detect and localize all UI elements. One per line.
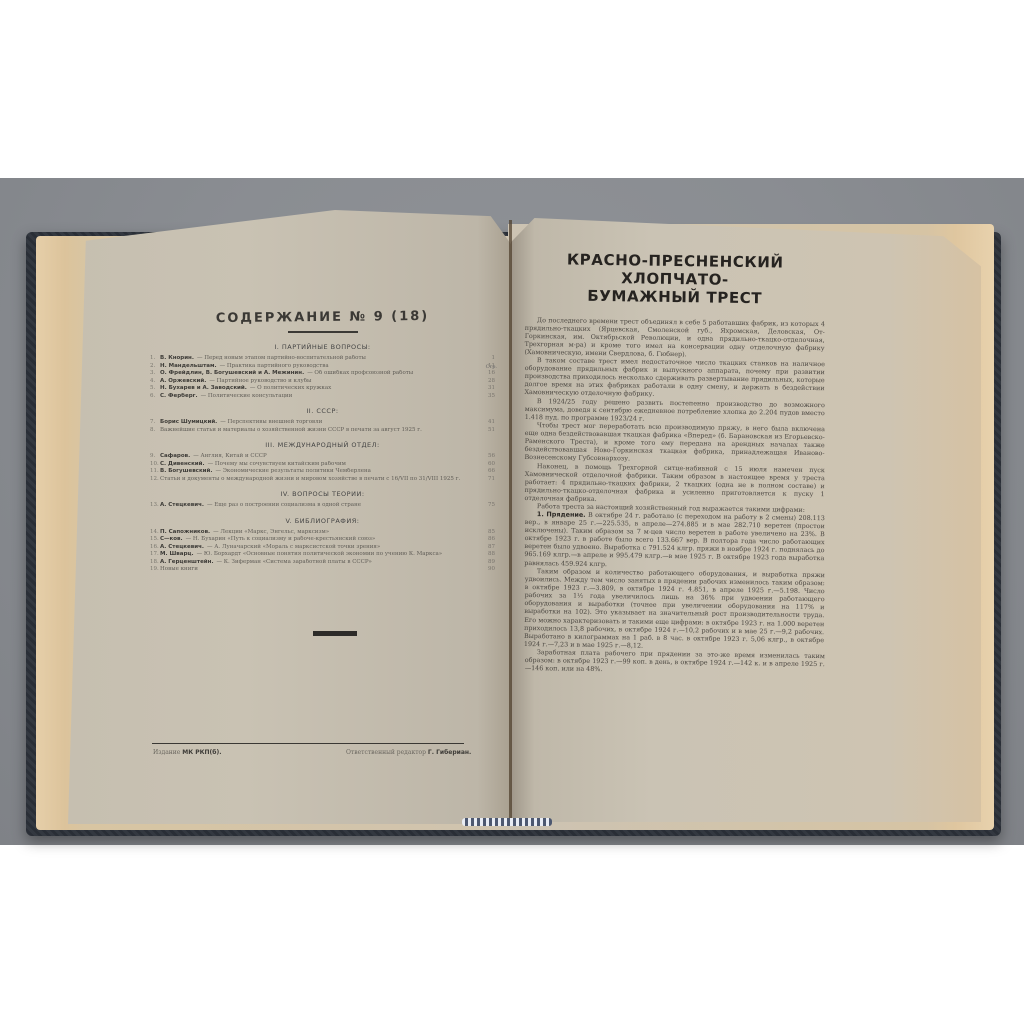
book-headband (462, 818, 552, 826)
toc-entry-author: Сафаров. (160, 453, 190, 459)
article-paragraph: До последнего времени трест объединял в … (524, 316, 825, 361)
toc-entry-number: 11. (150, 468, 160, 476)
toc-entry-page: 16 (477, 370, 495, 378)
toc-entry-text: Н. Бухарев и А. Заводский.— О политическ… (160, 385, 477, 393)
toc-entry-page: 89 (477, 559, 495, 567)
toc-entry-number: 12. (150, 476, 160, 484)
toc-entry: 19.Новые книги90 (150, 566, 495, 574)
toc-entry-text: А. Оржевский.— Партийное руководство и к… (160, 378, 477, 386)
article-paragraph: Таким образом и количество работающего о… (524, 567, 825, 652)
toc-entry: 5.Н. Бухарев и А. Заводский.— О политиче… (150, 385, 495, 393)
toc-entry-text: В. Богушевский.— Экономические результат… (160, 468, 477, 476)
toc-entry-number: 7. (150, 419, 160, 427)
toc-entry-page: 35 (477, 393, 495, 401)
toc-entry-author: А. Оржевский. (160, 378, 206, 384)
toc-entry: 16.А. Стецкевич.— А. Луначарский «Мораль… (150, 544, 495, 552)
toc-entry: 7.Борис Шумицкий.— Перспективы внешней т… (150, 419, 495, 427)
toc-entry-number: 5. (150, 385, 160, 393)
toc-entry-number: 4. (150, 378, 160, 386)
toc-entry-page: 75 (477, 502, 495, 510)
toc-entry-author: С—ков. (160, 536, 183, 542)
toc-entry: 2.Н. Мандельштам.— Практика партийного р… (150, 363, 495, 371)
toc-entry-number: 15. (150, 536, 160, 544)
toc-entry: 15.С—ков.— Н. Бухарин «Путь к социализму… (150, 536, 495, 544)
toc-entry-number: 9. (150, 453, 160, 461)
toc-entry-page: 1 (477, 355, 495, 363)
article-body: До последнего времени трест объединял в … (525, 316, 825, 672)
toc-entry-number: 2. (150, 363, 160, 371)
toc-pages-label: Стр. (486, 364, 497, 370)
toc-entry-author: С. Дивенский. (160, 461, 205, 467)
toc-entry: 10.С. Дивенский.— Почему мы сочувствуем … (150, 461, 495, 469)
toc-entry-page: 60 (477, 461, 495, 469)
toc-entry-author: А. Стецкевич. (160, 502, 204, 508)
toc-entry-author: В. Богушевский. (160, 468, 212, 474)
toc-entry-author: А. Стецкевич. (160, 544, 204, 550)
toc-entry-text: Статьи и документы о международной жизни… (160, 476, 477, 484)
toc-section-title: II. СССР: (150, 407, 495, 415)
toc-entry-page: 51 (477, 427, 495, 435)
toc-entry-author: В. Кнорин. (160, 355, 194, 361)
toc-heading-rule (288, 331, 358, 333)
toc-entry-number: 16. (150, 544, 160, 552)
article-paragraph: 1. Прядение. В октябре 24 г. работало (с… (524, 510, 825, 571)
toc-entry-page: 85 (477, 529, 495, 537)
toc-entry: 1.В. Кнорин.— Перед новым этапом партийн… (150, 355, 495, 363)
toc-entry-text: Важнейшие статьи и материалы о хозяйстве… (160, 427, 477, 435)
toc-section-title: IV. ВОПРОСЫ ТЕОРИИ: (150, 490, 495, 498)
toc-entry: 6.С. Ферберг.— Политические консультации… (150, 393, 495, 401)
article-paragraph: В таком составе трест имел недостаточное… (524, 356, 825, 401)
toc-entry-page: 88 (477, 551, 495, 559)
toc-entry-page: 90 (477, 566, 495, 574)
toc-entry: 9.Сафаров.— Англия, Китай и СССР56 (150, 453, 495, 461)
toc-entry-number: 3. (150, 370, 160, 378)
toc-entry: 3.О. Фрейдлин, В. Богушевский и А. Межин… (150, 370, 495, 378)
toc-entry-page: 66 (477, 468, 495, 476)
toc-entry-number: 14. (150, 529, 160, 537)
footer-editor: Ответственный редактор Г. Гибериан. (346, 749, 471, 756)
toc-entry-text: С—ков.— Н. Бухарин «Путь к социализму и … (160, 536, 477, 544)
toc-entry-number: 6. (150, 393, 160, 401)
toc-entry-author: Н. Мандельштам. (160, 363, 217, 369)
article-title: КРАСНО-ПРЕСНЕНСКИЙ ХЛОПЧАТО- БУМАЖНЫЙ ТР… (525, 250, 826, 308)
toc-entry-number: 17. (150, 551, 160, 559)
toc-entry-author: Н. Бухарев и А. Заводский. (160, 385, 247, 391)
toc-entry-text: О. Фрейдлин, В. Богушевский и А. Межинин… (160, 370, 477, 378)
toc-entry: 8.Важнейшие статьи и материалы о хозяйст… (150, 427, 495, 435)
toc-entry-page: 87 (477, 544, 495, 552)
toc-entry-text: А. Герценштейн.— К. Зиферман «Система за… (160, 559, 477, 567)
toc-entry-page: 31 (477, 385, 495, 393)
toc-entry-number: 1. (150, 355, 160, 363)
toc-entry-author: М. Шварц. (160, 551, 194, 557)
toc-entry-author: Борис Шумицкий. (160, 419, 217, 425)
toc-entry-number: 10. (150, 461, 160, 469)
toc-entry-number: 13. (150, 502, 160, 510)
toc-entry-page: 86 (477, 536, 495, 544)
toc-entry: 14.П. Сапожников.— Лекции «Маркс, Энгель… (150, 529, 495, 537)
toc-entry: 18.А. Герценштейн.— К. Зиферман «Система… (150, 559, 495, 567)
footer-rule (152, 743, 464, 744)
book-gutter (509, 220, 512, 820)
table-of-contents: СОДЕРЖАНИЕ № 9 (18) Стр. I. ПАРТИЙНЫЕ ВО… (150, 310, 495, 574)
toc-entry-text: Н. Мандельштам.— Практика партийного рук… (160, 363, 477, 371)
toc-entry-text: Борис Шумицкий.— Перспективы внешней тор… (160, 419, 477, 427)
toc-heading: СОДЕРЖАНИЕ № 9 (18) (150, 308, 495, 327)
toc-entry-text: Сафаров.— Англия, Китай и СССР (160, 453, 477, 461)
toc-entry-text: Новые книги (160, 566, 477, 574)
article-paragraph: Заработная плата рабочего при прядении з… (525, 648, 825, 676)
toc-entry-page: 56 (477, 453, 495, 461)
toc-entry-author: С. Ферберг. (160, 393, 198, 399)
toc-entry-number: 8. (150, 427, 160, 435)
toc-entry-text: А. Стецкевич.— Еще раз о построении соци… (160, 502, 477, 510)
toc-entry-text: А. Стецкевич.— А. Луначарский «Мораль с … (160, 544, 477, 552)
toc-entry-text: В. Кнорин.— Перед новым этапом партийно-… (160, 355, 477, 363)
toc-entry: 12.Статьи и документы о международной жи… (150, 476, 495, 484)
toc-section-title: III. МЕЖДУНАРОДНЫЙ ОТДЕЛ: (150, 441, 495, 449)
toc-entry-page: 28 (477, 378, 495, 386)
toc-entry-page: 41 (477, 419, 495, 427)
toc-entry-author: П. Сапожников. (160, 529, 210, 535)
toc-entry: 11.В. Богушевский.— Экономические резуль… (150, 468, 495, 476)
footer-publisher: Издание МК РКП(б). (153, 749, 222, 756)
toc-entry-text: М. Шварц.— Ю. Борхардт «Основные понятия… (160, 551, 477, 559)
toc-entry-author: О. Фрейдлин, В. Богушевский и А. Межинин… (160, 370, 304, 376)
toc-entry-text: П. Сапожников.— Лекции «Маркс, Энгельс, … (160, 529, 477, 537)
toc-sections: I. ПАРТИЙНЫЕ ВОПРОСЫ:1.В. Кнорин.— Перед… (150, 343, 495, 574)
toc-entry-author: А. Герценштейн. (160, 559, 214, 565)
toc-entry-text: С. Дивенский.— Почему мы сочувствуем кит… (160, 461, 477, 469)
toc-entry: 13.А. Стецкевич.— Еще раз о построении с… (150, 502, 495, 510)
article: КРАСНО-ПРЕСНЕНСКИЙ ХЛОПЧАТО- БУМАЖНЫЙ ТР… (525, 252, 825, 672)
toc-section-title: I. ПАРТИЙНЫЕ ВОПРОСЫ: (150, 343, 495, 351)
toc-entry-number: 19. (150, 566, 160, 574)
article-paragraph: Чтобы трест мог переработать всю произво… (524, 421, 825, 466)
toc-entry: 4.А. Оржевский.— Партийное руководство и… (150, 378, 495, 386)
toc-entry-page: 71 (477, 476, 495, 484)
toc-section-title: V. БИБЛИОГРАФИЯ: (150, 517, 495, 525)
toc-end-mark (313, 631, 357, 636)
toc-entry-text: С. Ферберг.— Политические консультации (160, 393, 477, 401)
toc-entry: 17.М. Шварц.— Ю. Борхардт «Основные поня… (150, 551, 495, 559)
article-paragraph: Наконец, в помощь Трехгорной ситце-набив… (524, 462, 825, 507)
toc-entry-number: 18. (150, 559, 160, 567)
